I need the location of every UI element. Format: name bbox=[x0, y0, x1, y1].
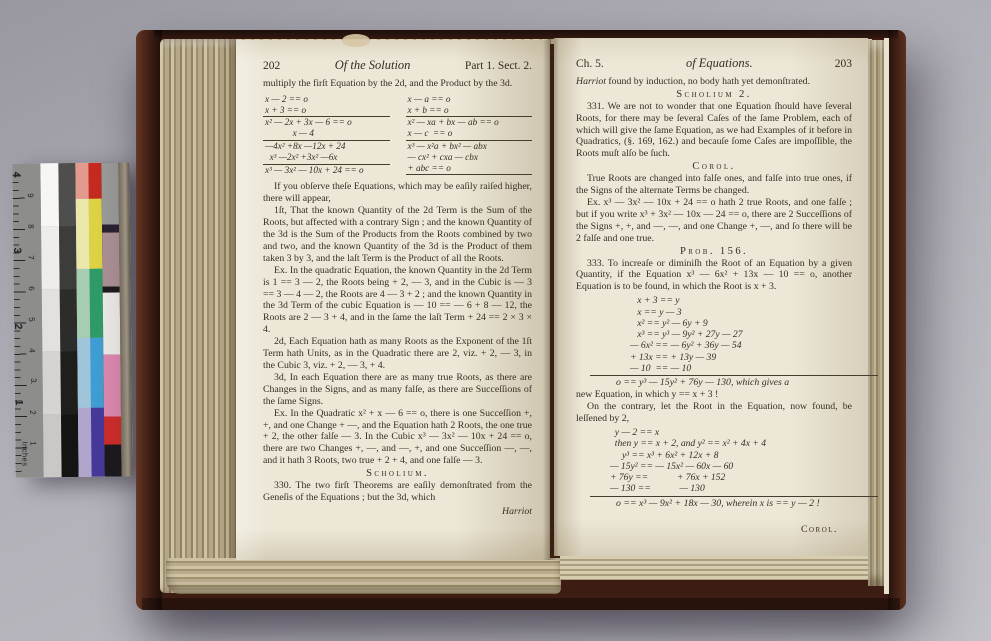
color-patch bbox=[90, 338, 104, 408]
paragraph: 333. To increaſe or diminiſh the Root of… bbox=[576, 258, 852, 294]
paper-stain bbox=[342, 34, 370, 47]
ruler-inch-number: 1 bbox=[14, 400, 24, 406]
ruler-cm-number: 5 bbox=[27, 317, 35, 322]
strip-side-edge bbox=[118, 162, 132, 476]
right-page: Ch. 5. of Equations. 203 Harriot found b… bbox=[554, 38, 868, 556]
page-edges-bottom-right bbox=[560, 556, 882, 580]
equation-sum-1: o == y³ — 15y² + 76y — 130, which gives … bbox=[590, 375, 878, 389]
paragraph: On the contrary, let the Root in the Equ… bbox=[576, 401, 852, 425]
ruler-inch-number: 2 bbox=[13, 324, 23, 330]
book-cover-left-edge bbox=[136, 30, 162, 610]
catchword: Harriot bbox=[263, 506, 532, 518]
equation-worked-examples: x — 2 == o x + 3 == o x² — 2x + 3x — 6 =… bbox=[263, 94, 532, 177]
ruler-cm-number: 3. bbox=[29, 378, 37, 385]
equation-derivation-1: x + 3 == y x == y — 3 x² == y² — 6y + 9 … bbox=[630, 295, 852, 374]
color-patch bbox=[76, 199, 90, 269]
color-patch bbox=[78, 407, 92, 477]
color-patch bbox=[104, 416, 121, 444]
color-patch bbox=[88, 163, 101, 199]
equation-segment: x³ — x²a + bx² — abx — cx² + cxa — cbx +… bbox=[406, 141, 533, 175]
ruler-inches: 4 3 2 1 9 8 7 6 5 4 3. 2 1 Inches bbox=[12, 163, 43, 477]
equation-column-numeric: x — 2 == o x + 3 == o x² — 2x + 3x — 6 =… bbox=[263, 94, 390, 177]
ruler-cm-number: 2 bbox=[28, 410, 36, 415]
paragraph: Harriot found by induction, no body hath… bbox=[576, 76, 852, 88]
left-page-text: 202 Of the Solution Part 1. Sect. 2. mul… bbox=[236, 40, 550, 518]
paragraph: 330. The two firſt Theorems are eaſily d… bbox=[263, 480, 532, 504]
ruler-cm-number: 8 bbox=[26, 224, 34, 229]
section-label: Part 1. Sect. 2. bbox=[465, 61, 532, 73]
paragraph: new Equation, in which y == x + 3 ! bbox=[576, 389, 852, 401]
ruler-inch-number: 4 bbox=[12, 172, 21, 178]
ruler-cm-number: 1 bbox=[28, 441, 36, 446]
paragraph-continuation: found by induction, no body hath yet dem… bbox=[606, 76, 810, 87]
paragraph: Ex. In the quadratic Equation, the known… bbox=[263, 265, 532, 336]
page-number: 203 bbox=[835, 59, 852, 71]
equation-sum-2: o == x³ — 9x² + 18x — 30, wherein x is =… bbox=[590, 496, 878, 510]
right-page-text: Ch. 5. of Equations. 203 Harriot found b… bbox=[554, 38, 868, 536]
color-calibration-strip: 4 3 2 1 9 8 7 6 5 4 3. 2 1 Inches bbox=[12, 162, 132, 477]
gutter-shadow bbox=[543, 38, 559, 560]
gray-step bbox=[60, 351, 78, 414]
patch-separator bbox=[102, 225, 119, 233]
book-photograph-scene: 4 3 2 1 9 8 7 6 5 4 3. 2 1 Inches bbox=[0, 0, 991, 641]
ruler-cm-number: 7 bbox=[27, 255, 35, 260]
running-title: of Equations. bbox=[686, 58, 753, 70]
book-cover-bottom-edge bbox=[142, 598, 900, 610]
paragraph: If you obſerve theſe Equations, which ma… bbox=[263, 181, 532, 205]
equation-segment: x — 2 == o x + 3 == o bbox=[263, 94, 390, 118]
gray-step bbox=[60, 289, 78, 352]
catchword: Corol. bbox=[576, 524, 852, 536]
equation-derivation-2: y — 2 == x then y == x + 2, and y² == x²… bbox=[610, 427, 852, 495]
paragraph: 331. We are not to wonder that one Equat… bbox=[576, 101, 852, 161]
color-patch bbox=[103, 293, 121, 355]
gray-step bbox=[61, 414, 79, 477]
left-page: 202 Of the Solution Part 1. Sect. 2. mul… bbox=[236, 40, 550, 560]
page-edges-bottom bbox=[166, 558, 561, 594]
paragraph: Ex. In the Quadratic x² + x — 6 == o, th… bbox=[263, 408, 532, 468]
right-running-header: Ch. 5. of Equations. 203 bbox=[576, 58, 852, 71]
left-running-header: 202 Of the Solution Part 1. Sect. 2. bbox=[263, 60, 532, 73]
paragraph: 1ſt, That the known Quantity of the 2d T… bbox=[263, 205, 532, 265]
gray-step bbox=[40, 163, 59, 226]
prob-heading: Prob. 156. bbox=[576, 246, 852, 258]
paragraph: True Roots are changed into falſe ones, … bbox=[576, 173, 852, 197]
gray-step bbox=[41, 226, 60, 289]
corol-heading: Corol. bbox=[576, 161, 852, 173]
page-edges-left bbox=[160, 39, 238, 593]
color-patch bbox=[102, 233, 120, 287]
scholium-heading: Scholium. bbox=[263, 468, 532, 480]
flyleaf-edge bbox=[884, 38, 889, 594]
name-harriot: Harriot bbox=[576, 76, 606, 87]
equation-segment: x² — xa + bx — ab == o x — c == o bbox=[406, 117, 533, 141]
equation-column-literal: x — a == o x + b == o x² — xa + bx — ab … bbox=[406, 94, 533, 177]
paragraph: multiply the firſt Equation by the 2d, a… bbox=[263, 78, 532, 90]
ruler-inches-label: Inches bbox=[20, 441, 29, 466]
ruler-inch-number: 3 bbox=[12, 248, 22, 254]
color-patch bbox=[89, 199, 103, 269]
open-book: 202 Of the Solution Part 1. Sect. 2. mul… bbox=[136, 30, 906, 610]
ruler-cm-number: 9 bbox=[26, 193, 34, 198]
color-patch bbox=[89, 268, 103, 338]
paragraph: 3d, In each Equation there are as many t… bbox=[263, 372, 532, 408]
equation-segment: x² — 2x + 3x — 6 == o x — 4 bbox=[263, 117, 390, 141]
color-patch bbox=[75, 163, 88, 199]
ruler-cm-number: 4 bbox=[28, 348, 36, 353]
color-patch bbox=[101, 163, 119, 225]
color-patch bbox=[103, 355, 121, 417]
running-title: Of the Solution bbox=[335, 60, 411, 72]
equation-segment: —4x² +8x —12x + 24 x³ —2x² +3x² —6x bbox=[263, 141, 390, 165]
color-patch bbox=[77, 338, 91, 408]
gray-step bbox=[43, 414, 62, 477]
gray-step bbox=[58, 163, 76, 226]
paragraph: 2d, Each Equation hath as many Roots as … bbox=[263, 336, 532, 372]
book-cover-right-edge bbox=[888, 30, 906, 610]
chapter-label: Ch. 5. bbox=[576, 59, 604, 71]
ruler-cm-number: 6 bbox=[27, 286, 35, 291]
gray-step bbox=[42, 352, 61, 415]
paragraph: Ex. x³ — 3x² — 10x + 24 == o hath 2 true… bbox=[576, 197, 852, 245]
color-patch bbox=[76, 268, 90, 338]
scholium2-heading: Scholium 2. bbox=[576, 89, 852, 101]
page-number: 202 bbox=[263, 61, 280, 73]
equation-segment: x — a == o x + b == o bbox=[406, 94, 533, 118]
gray-step bbox=[42, 289, 61, 352]
color-patch bbox=[91, 407, 105, 477]
equation-segment: x³ — 3x² — 10x + 24 == o bbox=[263, 165, 390, 177]
gray-step bbox=[59, 226, 77, 289]
